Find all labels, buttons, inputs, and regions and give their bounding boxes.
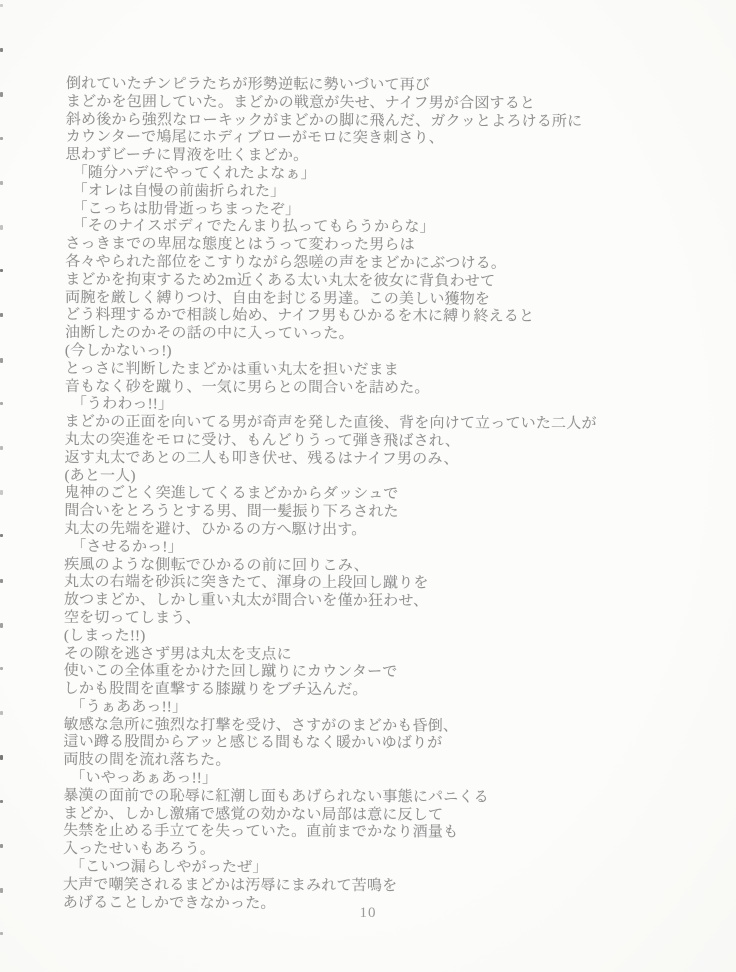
scan-artifact-mark xyxy=(0,313,3,317)
scan-artifact-mark xyxy=(0,534,3,537)
text-line: まどかの正面を向いてる男が奇声を発した直後、背を向けて立っていた二人が xyxy=(65,414,705,434)
scan-artifact-mark xyxy=(0,446,3,450)
text-line: 「随分ハデにやってくれたよなぁ」 xyxy=(66,165,706,185)
text-line: 放つまどか、しかし重い丸太が間合いを僅か狂わせ、 xyxy=(64,592,704,612)
text-line: (今しかないっ!) xyxy=(65,343,705,363)
page-number: 10 xyxy=(0,905,736,922)
scan-artifact-mark xyxy=(0,402,3,405)
scan-artifact-mark xyxy=(0,358,3,363)
scan-artifact-mark xyxy=(0,755,3,760)
text-line: まどかを拘束するため2m近くある太い丸太を彼女に背負わせて xyxy=(65,272,705,292)
scan-artifact-mark xyxy=(0,844,3,848)
text-line: 返す丸太であとの二人も叩き伏せ、残るはナイフ男のみ、 xyxy=(64,450,704,470)
text-line: 「させるかっ!」 xyxy=(64,539,704,559)
scan-artifact-mark xyxy=(0,48,3,52)
text-line: 暴漢の面前での恥辱に紅潮し面もあげられない事態にパニくる xyxy=(63,788,703,808)
scan-artifact-mark xyxy=(0,932,3,935)
scan-artifact-mark xyxy=(0,623,3,628)
text-line: 倒れていたチンピラたちが形勢逆転に勢いづいて再び xyxy=(66,76,706,96)
scan-artifact-mark xyxy=(0,137,3,140)
scan-artifact-mark xyxy=(0,181,3,185)
text-line: 各々やられた部位をこすりながら怨嗟の声をまどかにぶつける。 xyxy=(65,254,705,274)
scan-artifact-mark xyxy=(0,888,3,893)
text-line: 間合いをとろうとする男、間一髪振り下ろされた xyxy=(64,503,704,523)
text-line: まどかを包囲していた。まどかの戦意が失せ、ナイフ男が合図すると xyxy=(66,94,706,114)
text-line: とっさに判断したまどかは重い丸太を担いだまま xyxy=(65,361,705,381)
story-text: 倒れていたチンピラたちが形勢逆転に勢いづいて再びまどかを包囲していた。まどかの戦… xyxy=(63,76,706,915)
text-line: 空を切ってしまう、 xyxy=(64,610,704,630)
text-line: 「うぁああっ!!」 xyxy=(64,699,704,719)
text-line: 丸太の先端を避け、ひかるの方へ駆け出す。 xyxy=(64,521,704,541)
scan-artifact-mark xyxy=(0,4,3,7)
scan-artifact-mark xyxy=(0,92,3,97)
scan-artifact-mark xyxy=(0,711,3,715)
scan-artifact-mark xyxy=(0,800,3,803)
scan-artifact-mark xyxy=(0,490,3,495)
text-line: 丸太の突進をモロに受け、もんどりうって弾き飛ばされ、 xyxy=(65,432,705,452)
text-line: 「こいつ漏らしやがったぜ」 xyxy=(63,859,703,879)
scanned-page: 倒れていたチンピラたちが形勢逆転に勢いづいて再びまどかを包囲していた。まどかの戦… xyxy=(0,0,736,972)
scan-artifact-mark xyxy=(0,225,3,230)
scan-artifact-mark xyxy=(0,269,3,272)
scan-artifact-mark xyxy=(0,667,3,670)
scan-artifact-mark xyxy=(0,579,3,583)
text-line: しかも股間を直撃する膝蹴りをブチ込んだ。 xyxy=(64,681,704,701)
text-line: 「オレは自慢の前歯折られた」 xyxy=(66,183,706,203)
text-line: 「いやっあぁあっ!!」 xyxy=(63,770,703,790)
text-line: 大声で嘲笑されるまどかは汚辱にまみれて苦鳴を xyxy=(63,877,703,897)
